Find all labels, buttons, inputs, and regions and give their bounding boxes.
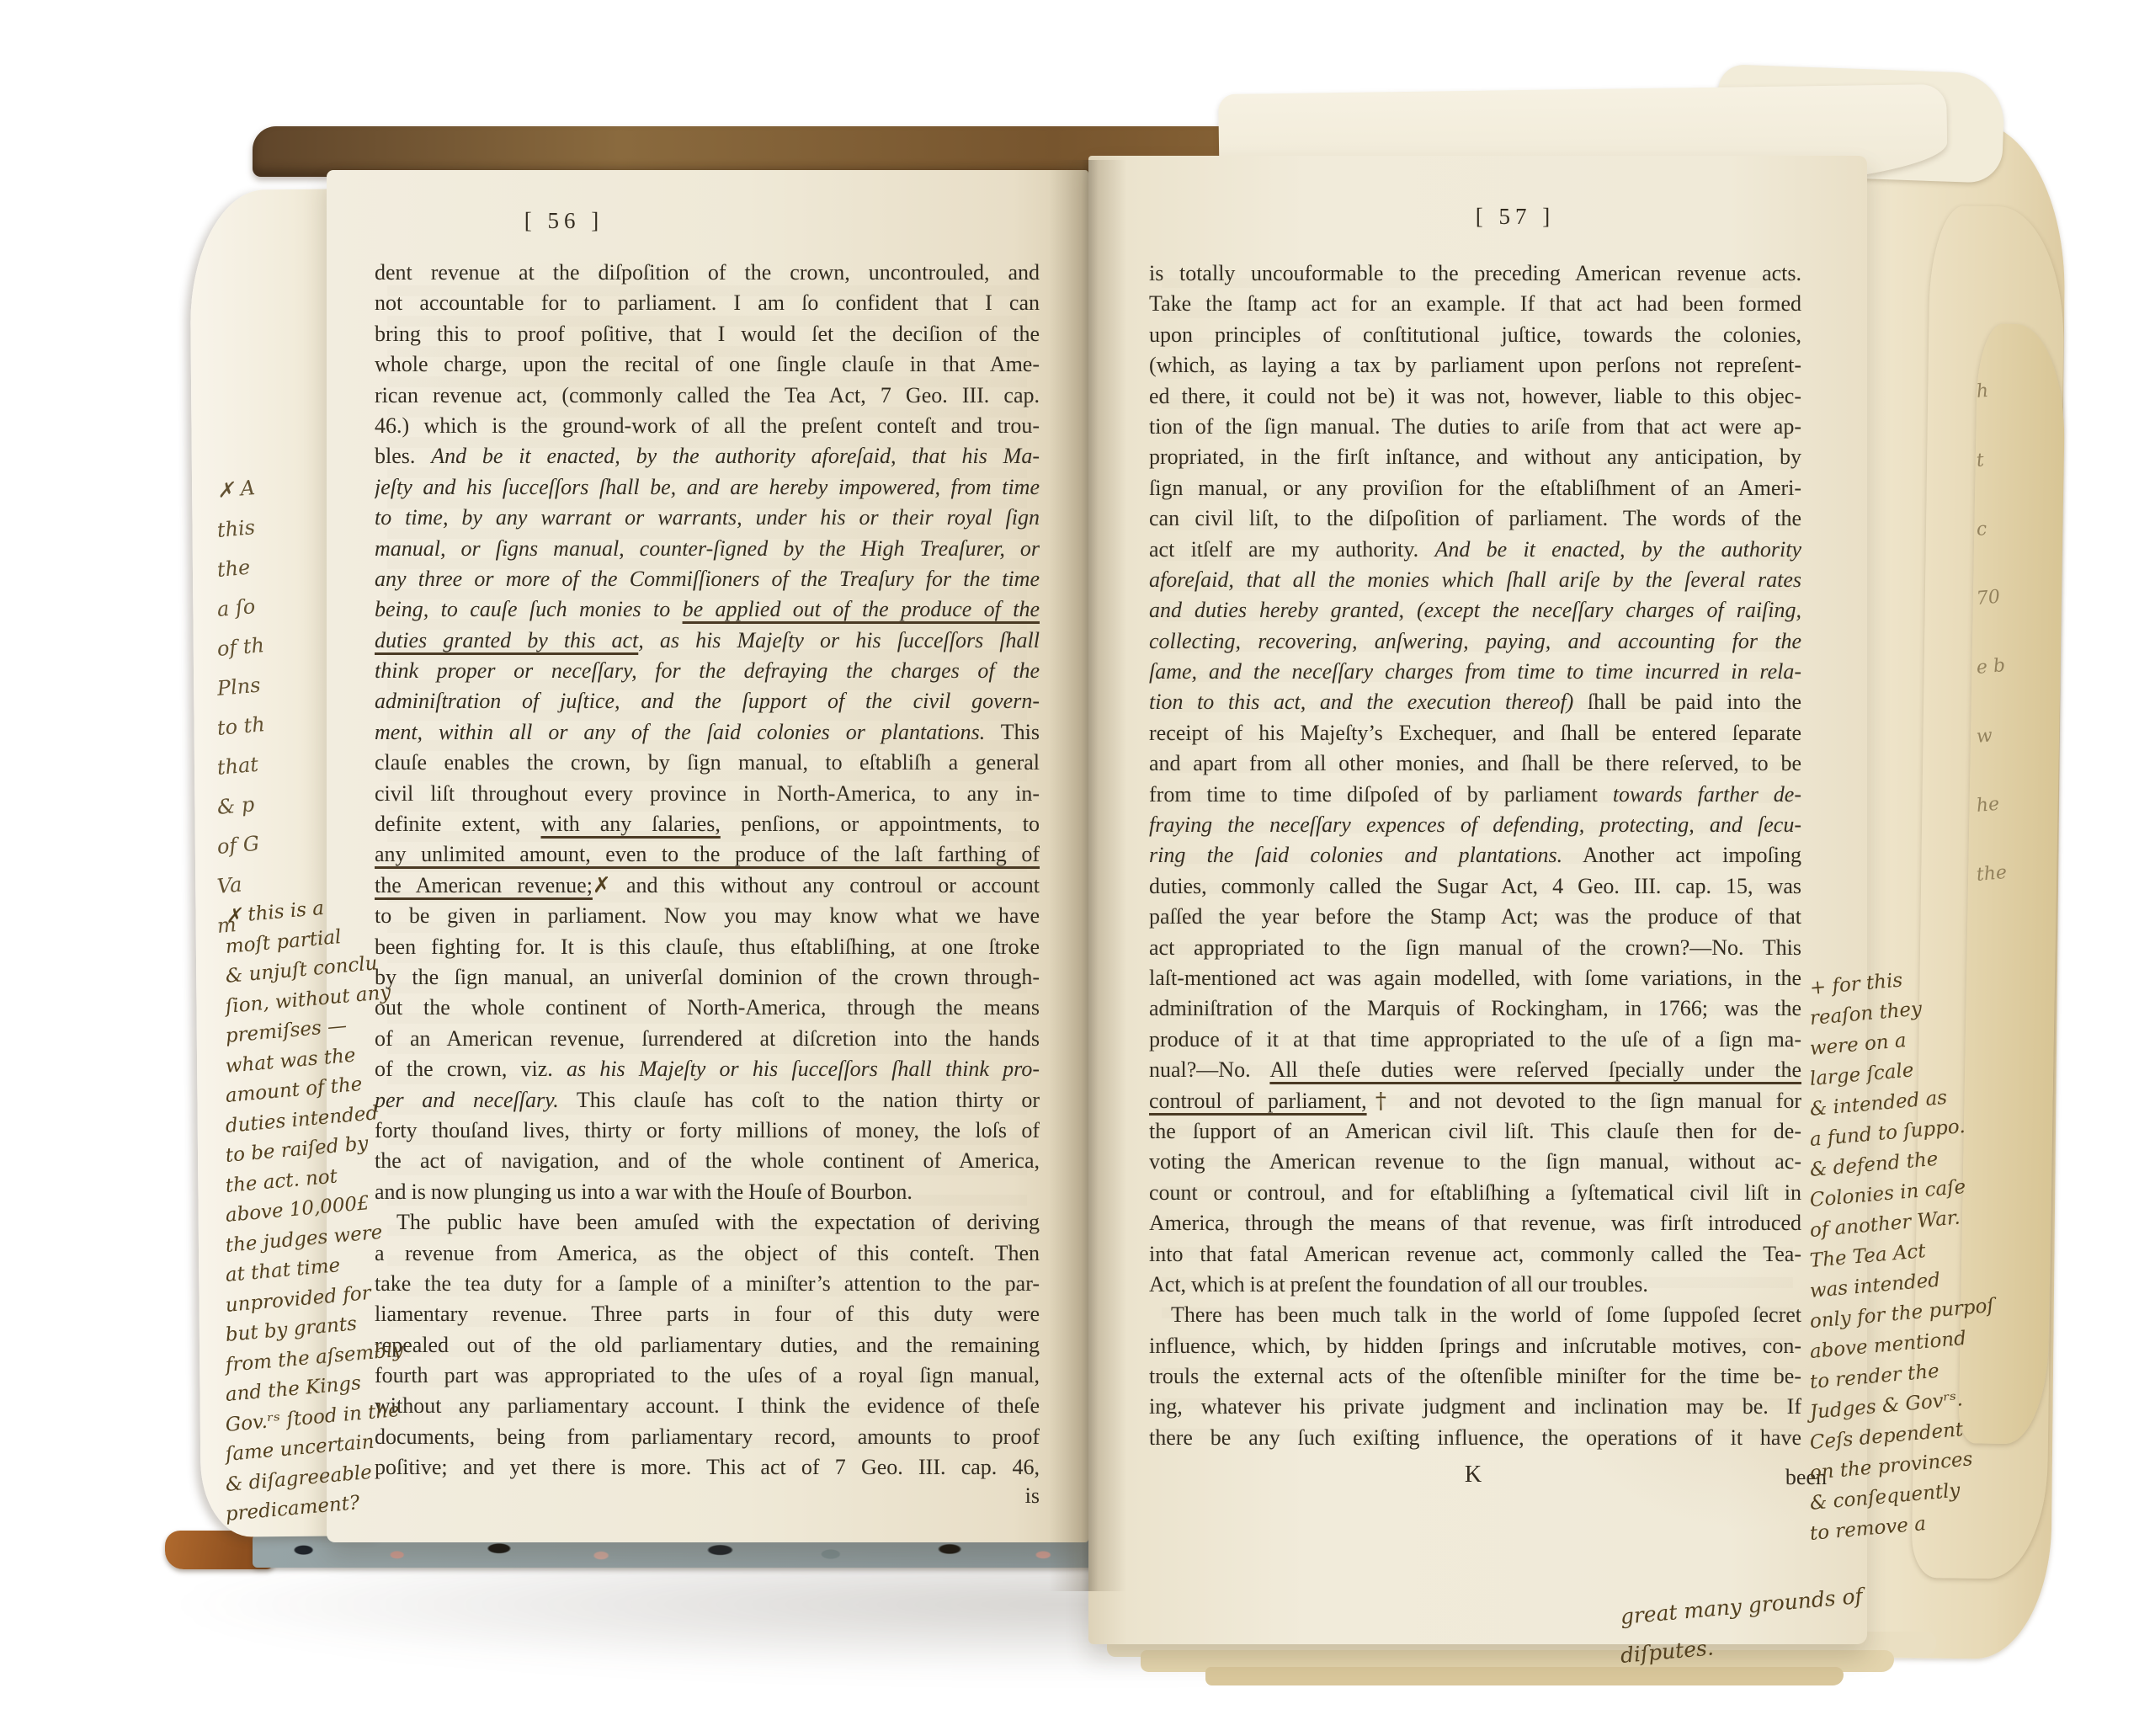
left-edge-note-fragments: ✗ Athisthea ſoof thPlnsto ththat& pof GV… xyxy=(217,471,343,946)
text-line: duties granted by this act, as his Majeſ… xyxy=(375,626,1040,656)
handwritten-note-line: w xyxy=(1973,696,2055,772)
text-line: ed there, it could not be) it was not, h… xyxy=(1149,381,1801,412)
text-line: from time to time diſpoſed of by parliam… xyxy=(1149,780,1801,810)
text-line: out the whole continent of North-America… xyxy=(375,993,1040,1023)
text-line: liamentary revenue. Three parts in four … xyxy=(375,1299,1040,1329)
gutter-shadow xyxy=(1049,160,1126,1591)
text-line: into that fatal American revenue act, co… xyxy=(1149,1239,1801,1270)
text-line: being, to cauſe ſuch monies to be applie… xyxy=(375,594,1040,625)
text-line: ment, within all or any of the ſaid colo… xyxy=(375,717,1040,748)
text-line: and is now plunging us into a war with t… xyxy=(375,1177,1040,1207)
text-line: adminiſtration of the Marquis of Rocking… xyxy=(1149,993,1801,1024)
text-line: tion of the ſign manual. The duties to a… xyxy=(1149,412,1801,442)
handwritten-note-line: e b xyxy=(1973,627,2055,703)
right-margin-annotation: + for thisreaſon theywere on alarge ſcal… xyxy=(1810,973,2020,1549)
text-line: of an American revenue, ſurrendered at d… xyxy=(375,1024,1040,1054)
text-line: and duties hereby granted, (except the n… xyxy=(1149,595,1801,626)
catchword-56: is xyxy=(905,1483,1040,1509)
page-56-text-block: dent revenue at the diſpoſition of the c… xyxy=(375,258,1040,1483)
text-line: of the crown, viz. as his Majeſty or his… xyxy=(375,1054,1040,1084)
text-line: There has been much talk in the world of… xyxy=(1149,1300,1801,1330)
text-line: America, through the means of that reven… xyxy=(1149,1208,1801,1238)
text-line: by the ſign manual, an univerſal dominio… xyxy=(375,962,1040,993)
handwritten-note-line: he xyxy=(1973,765,2055,841)
text-line: 46.) which is the ground-work of all the… xyxy=(375,411,1040,441)
text-line: whole charge, upon the recital of one ſi… xyxy=(375,349,1040,380)
text-line: a revenue from America, as the object of… xyxy=(375,1238,1040,1269)
handwritten-note-line: 70 xyxy=(1973,558,2055,634)
text-line: Take the ſtamp act for an example. If th… xyxy=(1149,289,1801,319)
text-line: been fighting for. It is this clauſe, th… xyxy=(375,932,1040,962)
signature-mark: K xyxy=(1431,1462,1515,1488)
right-edge-note-fragments: htc70e bwhethe xyxy=(1977,358,2052,910)
text-line: clauſe enables the crown, by ſign manual… xyxy=(375,748,1040,778)
text-line: ſign manual, or any proviſion for the eſ… xyxy=(1149,473,1801,503)
text-line: The public have been amuſed with the exp… xyxy=(375,1207,1040,1238)
text-line: civil liſt throughout every province in … xyxy=(375,779,1040,809)
text-line: ring the ſaid colonies and plantations. … xyxy=(1149,840,1801,871)
text-line: take the tea duty for a ſample of a mini… xyxy=(375,1269,1040,1299)
left-margin-annotation: ✗ this is amoſt partial& unjuſt concluſi… xyxy=(226,903,402,1531)
text-line: to time, by any warrant or warrants, und… xyxy=(375,503,1040,533)
text-line: upon principles of conſtitutional juſtic… xyxy=(1149,320,1801,350)
page-57-text-block: is totally uncouformable to the precedin… xyxy=(1149,258,1801,1453)
text-line: per and neceſſary. This clauſe has coſt … xyxy=(375,1085,1040,1116)
text-line: documents, being from parliamentary reco… xyxy=(375,1422,1040,1452)
text-line: paſſed the year before the Stamp Act; wa… xyxy=(1149,902,1801,932)
text-line: collecting, recovering, anſwering, payin… xyxy=(1149,626,1801,657)
book-photograph: [ 56 ] dent revenue at the diſpoſition o… xyxy=(0,0,2155,1736)
page-number-57: [ 57 ] xyxy=(1423,204,1608,230)
text-line: aforeſaid, that all the monies which ſha… xyxy=(1149,565,1801,595)
text-line: dent revenue at the diſpoſition of the c… xyxy=(375,258,1040,288)
text-line: the ſupport of an American civil liſt. T… xyxy=(1149,1116,1801,1147)
text-line: ſame, and the neceſſary charges from tim… xyxy=(1149,657,1801,687)
text-line: rican revenue act, (commonly called the … xyxy=(375,381,1040,411)
text-line: any unlimited amount, even to the produc… xyxy=(375,839,1040,870)
text-line: the American revenue;✗ and this without … xyxy=(375,871,1040,901)
text-line: laſt-mentioned act was again modelled, w… xyxy=(1149,963,1801,993)
bottom-margin-annotation: great many grounds ofdiſputes. xyxy=(1620,1598,2008,1675)
text-line: fraying the neceſſary expences of defend… xyxy=(1149,810,1801,840)
text-line: without any parliamentary account. I thi… xyxy=(375,1391,1040,1421)
text-line: ing, whatever his private judgment and i… xyxy=(1149,1392,1801,1422)
text-line: think proper or neceſſary, for the defra… xyxy=(375,656,1040,686)
text-line: definite extent, with any ſalaries, penſ… xyxy=(375,809,1040,839)
text-line: poſitive; and yet there is more. This ac… xyxy=(375,1452,1040,1483)
catchword-57: been xyxy=(1692,1465,1827,1490)
text-line: the act of navigation, and of the whole … xyxy=(375,1146,1040,1176)
text-line: bles. And be it enacted, by the authorit… xyxy=(375,441,1040,471)
text-line: manual, or ſigns manual, counter-ſigned … xyxy=(375,534,1040,564)
text-line: voting the American revenue to the ſign … xyxy=(1149,1147,1801,1177)
text-line: Act, which is at preſent the foundation … xyxy=(1149,1270,1801,1300)
text-line: bring this to proof poſitive, that I wou… xyxy=(375,319,1040,349)
text-line: produce of it at that time appropriated … xyxy=(1149,1025,1801,1055)
text-line: forty thouſand lives, thirty or forty mi… xyxy=(375,1116,1040,1146)
text-line: fourth part was appropriated to the uſes… xyxy=(375,1361,1040,1391)
text-line: tion to this act, and the execution ther… xyxy=(1149,687,1801,717)
handwritten-note-line: c xyxy=(1973,489,2055,565)
handwritten-note-line: h xyxy=(1973,351,2055,427)
text-line: any three or more of the Commiſſioners o… xyxy=(375,564,1040,594)
text-line: act appropriated to the ſign manual of t… xyxy=(1149,933,1801,963)
text-line: jeſty and his ſucceſſors ſhall be, and a… xyxy=(375,472,1040,503)
text-line: propriated, in the firſt inſtance, and w… xyxy=(1149,442,1801,472)
text-line: receipt of his Majeſty’s Exchequer, and … xyxy=(1149,718,1801,748)
handwritten-note-line: t xyxy=(1973,420,2055,496)
text-line: to be given in parliament. Now you may k… xyxy=(375,901,1040,931)
page-number-56: [ 56 ] xyxy=(471,208,657,234)
text-line: nual?—No. All theſe duties were reſerved… xyxy=(1149,1055,1801,1085)
text-line: (which, as laying a tax by parliament up… xyxy=(1149,350,1801,381)
text-line: controul of parliament,† and not devoted… xyxy=(1149,1086,1801,1116)
text-line: count or controul, and for eſtabliſhing … xyxy=(1149,1178,1801,1208)
text-line: not accountable for to parliament. I am … xyxy=(375,288,1040,318)
text-line: trouls the external acts of the oſtenſib… xyxy=(1149,1361,1801,1392)
text-line: repealed out of the old parliamentary du… xyxy=(375,1330,1040,1361)
text-line: is totally uncouformable to the precedin… xyxy=(1149,258,1801,289)
text-line: adminiſtration of juſtice, and the ſuppo… xyxy=(375,686,1040,716)
text-line: and apart from all other monies, and ſha… xyxy=(1149,748,1801,779)
handwritten-note-line: the xyxy=(1973,834,2055,910)
text-line: act itſelf are my authority. And be it e… xyxy=(1149,535,1801,565)
text-line: there be any ſuch exiſting influence, th… xyxy=(1149,1423,1801,1453)
text-line: influence, which, by hidden ſprings and … xyxy=(1149,1331,1801,1361)
text-line: can civil liſt, to the diſpoſition of pa… xyxy=(1149,503,1801,534)
text-line: duties, commonly called the Sugar Act, 4… xyxy=(1149,871,1801,902)
